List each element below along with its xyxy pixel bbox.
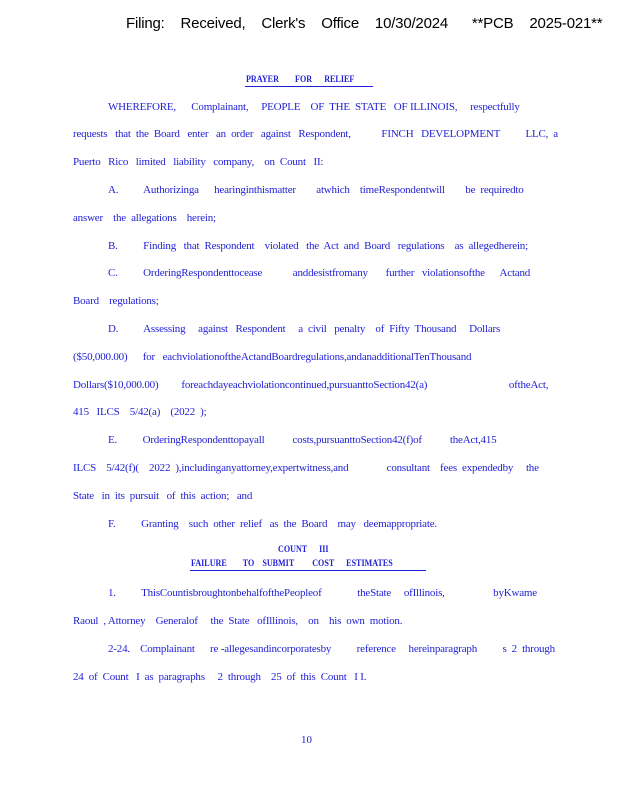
relief-item-f: F. Granting such other relief as the Boa… [108, 518, 437, 530]
count-title: COUNT III [278, 545, 329, 555]
paragraph-line: 24 of Count I as paragraphs 2 through 25… [73, 671, 366, 683]
heading-underline [245, 86, 373, 87]
count-subtitle: FAILURE TO SUBMIT COST ESTIMATES [191, 559, 393, 569]
paragraph-line: Dollars($10,000.00) foreachdayeachviolat… [73, 379, 548, 391]
relief-item-c: C. OrderingRespondenttocease anddesistfr… [108, 267, 530, 279]
paragraph-line: Board regulations; [73, 295, 159, 307]
paragraph-line: Puerto Rico limited liability company, o… [73, 156, 323, 168]
paragraph-line: answer the allegations herein; [73, 212, 216, 224]
paragraph-line: ($50,000.00) for eachviolationoftheActan… [73, 351, 471, 363]
filing-stamp: Filing: Received, Clerk's Office 10/30/2… [126, 15, 602, 32]
relief-item-e: E. OrderingRespondenttopayall costs,purs… [108, 434, 496, 446]
paragraph-line: ILCS 5/42(f)( 2022 ),includinganyattorne… [73, 462, 539, 474]
paragraph-line: Raoul , Attorney Generalof the State ofI… [73, 615, 402, 627]
paragraph-line: 415 ILCS 5/42(a) (2022 ); [73, 406, 206, 418]
paragraph-line: State in its pursuit of this action; and [73, 490, 252, 502]
relief-item-b: B. Finding that Respondent violated the … [108, 240, 528, 252]
relief-item-a: A. Authorizinga hearinginthismatter atwh… [108, 184, 524, 196]
paragraph-line: WHEREFORE, Complainant, PEOPLE OF THE ST… [108, 101, 520, 113]
count-paragraph-2-24: 2-24. Complainant re -allegesandincorpor… [108, 643, 555, 655]
count-underline [190, 570, 426, 571]
page-number: 10 [301, 734, 312, 746]
relief-item-d: D. Assessing against Respondent a civil … [108, 323, 500, 335]
count-paragraph-1: 1. ThisCountisbroughtonbehalfofthePeople… [108, 587, 537, 599]
paragraph-line: requests that the Board enter an order a… [73, 128, 558, 140]
prayer-for-relief-heading: PRAYER FOR RELIEF [246, 75, 354, 85]
